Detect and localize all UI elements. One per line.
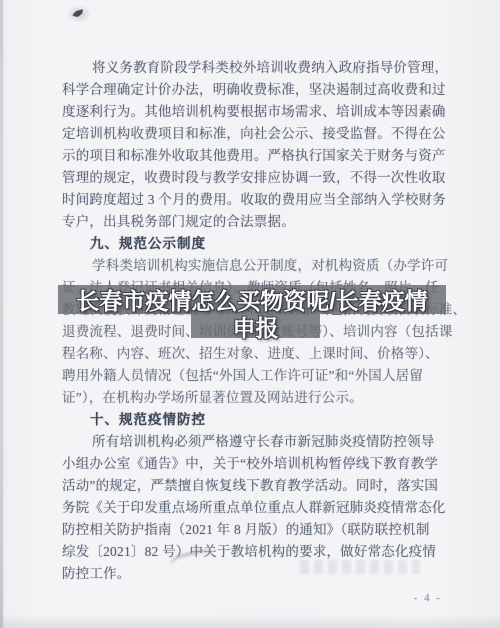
text-line: 证”），在机构办学场所显著位置及网站进行公示。 [62, 387, 462, 409]
text-line: 程名称、内容、班次、招生对象、进度、上课时间、价格等）、 [62, 343, 462, 365]
text-line: 学科类培训机构实施信息公开制度，对机构资质（办学许可 [62, 255, 462, 277]
paragraph-fees: 将义务教育阶段学科类校外培训收费纳入政府指导价管理，科学合理确定计价办法，明确收… [62, 57, 462, 233]
text-line: 示的项目和标准外收取其他费用。严格执行国家关于财务与资产 [62, 145, 462, 167]
scan-ghost-marks [300, 560, 420, 574]
text-line: 务院《关于印发重点场所重点单位重点人群新冠肺炎疫情常态化 [62, 497, 462, 519]
text-line: 防控相关防护指南（2021 年 8 月版）的通知》（联防联控机制 [62, 519, 462, 541]
heading-section-9: 九、规范公示制度 [62, 233, 462, 255]
caption-overlay-line2: 申报 [191, 314, 320, 338]
text-line: 定培训机构收费项目和标准，向社会公示、接受监督。不得在公 [62, 123, 462, 145]
text-line: 时间跨度超过 3 个月的费用。收取的费用应当全部纳入学校财务 [62, 189, 462, 211]
text-line: 管理的规定，收费时段与教学安排应协调一致，不得一次性收取 [62, 167, 462, 189]
text-line: 专户，出具税务部门规定的合法票据。 [62, 211, 462, 233]
text-line: 所有培训机构必须严格遵守长春市新冠肺炎疫情防控领导 [62, 431, 462, 453]
page-number: - 4 - [414, 592, 442, 604]
scanned-document-page: 将义务教育阶段学科类校外培训收费纳入政府指导价管理，科学合理确定计价办法，明确收… [0, 0, 500, 628]
text-line: 度逐利行为。其他培训机构要根据市场需求、培训成本等因素确 [62, 101, 462, 123]
text-line: 聘用外籍人员情况（包括“外国人工作许可证”和“外国人居留 [62, 365, 462, 387]
text-line: 小组办公室《通告》中，关于“校外培训机构暂停线下教育教学 [62, 453, 462, 475]
text-line: 将义务教育阶段学科类校外培训收费纳入政府指导价管理， [62, 57, 462, 79]
text-line: 活动”的规定，严禁擅自恢复线下教育教学活动。同时，落实国 [62, 475, 462, 497]
heading-section-10: 十、规范疫情防控 [62, 409, 462, 431]
text-line: 科学合理确定计价办法，明确收费标准，坚决遏制过高收费和过 [62, 79, 462, 101]
